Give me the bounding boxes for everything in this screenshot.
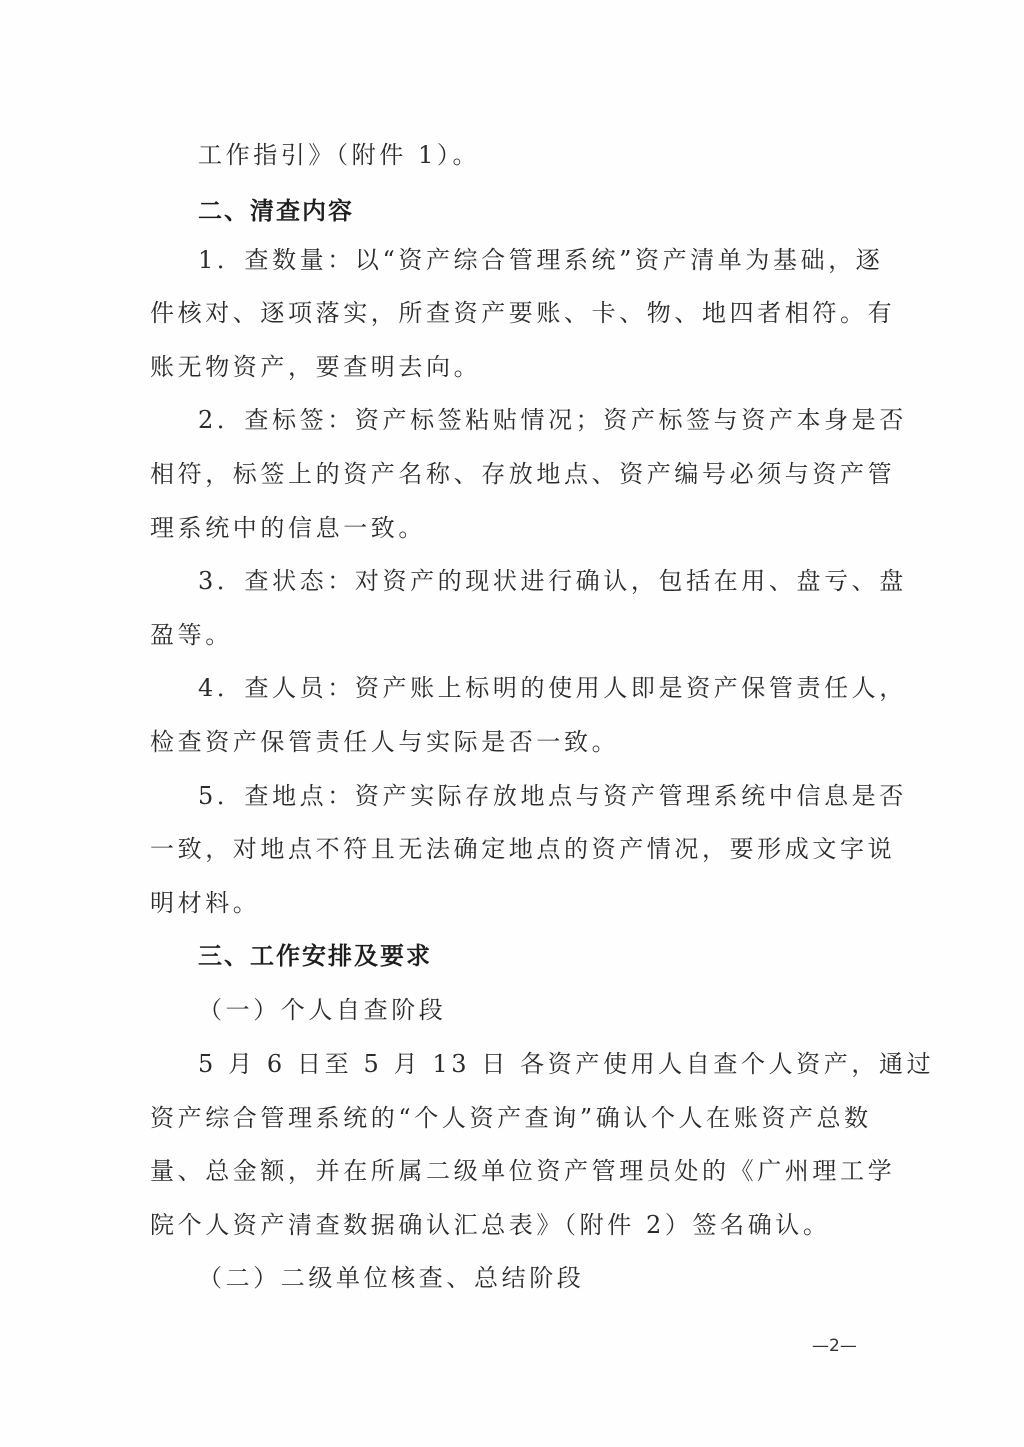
item-2-continued: 相符，标签上的资产名称、存放地点、资产编号必须与资产管 (150, 459, 870, 489)
document-page: 工作指引》（附件 1）。 二、清查内容 1．查数量：以“资产综合管理系统”资产清… (0, 0, 1024, 1447)
section-heading-inspection-content: 二、清查内容 (198, 196, 918, 226)
item-3-end: 盈等。 (150, 620, 870, 650)
item-5-check-location: 5．查地点：资产实际存放地点与资产管理系统中信息是否 (198, 781, 918, 811)
item-1-continued: 件核对、逐项落实，所查资产要账、卡、物、地四者相符。有 (150, 298, 870, 328)
self-check-paragraph-line-3: 量、总金额，并在所属二级单位资产管理员处的《广州理工学 (150, 1156, 870, 1186)
item-5-end: 明材料。 (150, 888, 870, 918)
item-4-end: 检查资产保管责任人与实际是否一致。 (150, 727, 870, 757)
subheading-self-check-stage: （一）个人自查阶段 (198, 995, 918, 1025)
item-5-continued: 一致，对地点不符且无法确定地点的资产情况，要形成文字说 (150, 834, 870, 864)
item-1-end: 账无物资产，要查明去向。 (150, 352, 870, 382)
item-3-check-status: 3．查状态：对资产的现状进行确认，包括在用、盘亏、盘 (198, 566, 918, 596)
section-heading-work-arrangement: 三、工作安排及要求 (198, 941, 918, 971)
self-check-paragraph-line-2: 资产综合管理系统的“个人资产查询”确认个人在账资产总数 (150, 1103, 870, 1133)
page-number: —2— (812, 1336, 857, 1356)
text-line-attachment-1-ref: 工作指引》（附件 1）。 (198, 140, 918, 170)
self-check-paragraph-end: 院个人资产清查数据确认汇总表》（附件 2）签名确认。 (150, 1210, 870, 1240)
item-1-check-quantity: 1．查数量：以“资产综合管理系统”资产清单为基础，逐 (198, 245, 918, 275)
subheading-unit-review-stage: （二）二级单位核查、总结阶段 (198, 1263, 918, 1293)
item-2-end: 理系统中的信息一致。 (150, 513, 870, 543)
item-2-check-labels: 2．查标签：资产标签粘贴情况；资产标签与资产本身是否 (198, 405, 918, 435)
item-4-check-personnel: 4．查人员：资产账上标明的使用人即是资产保管责任人， (198, 673, 918, 703)
self-check-paragraph-start: 5 月 6 日至 5 月 13 日 各资产使用人自查个人资产，通过 (198, 1049, 918, 1079)
